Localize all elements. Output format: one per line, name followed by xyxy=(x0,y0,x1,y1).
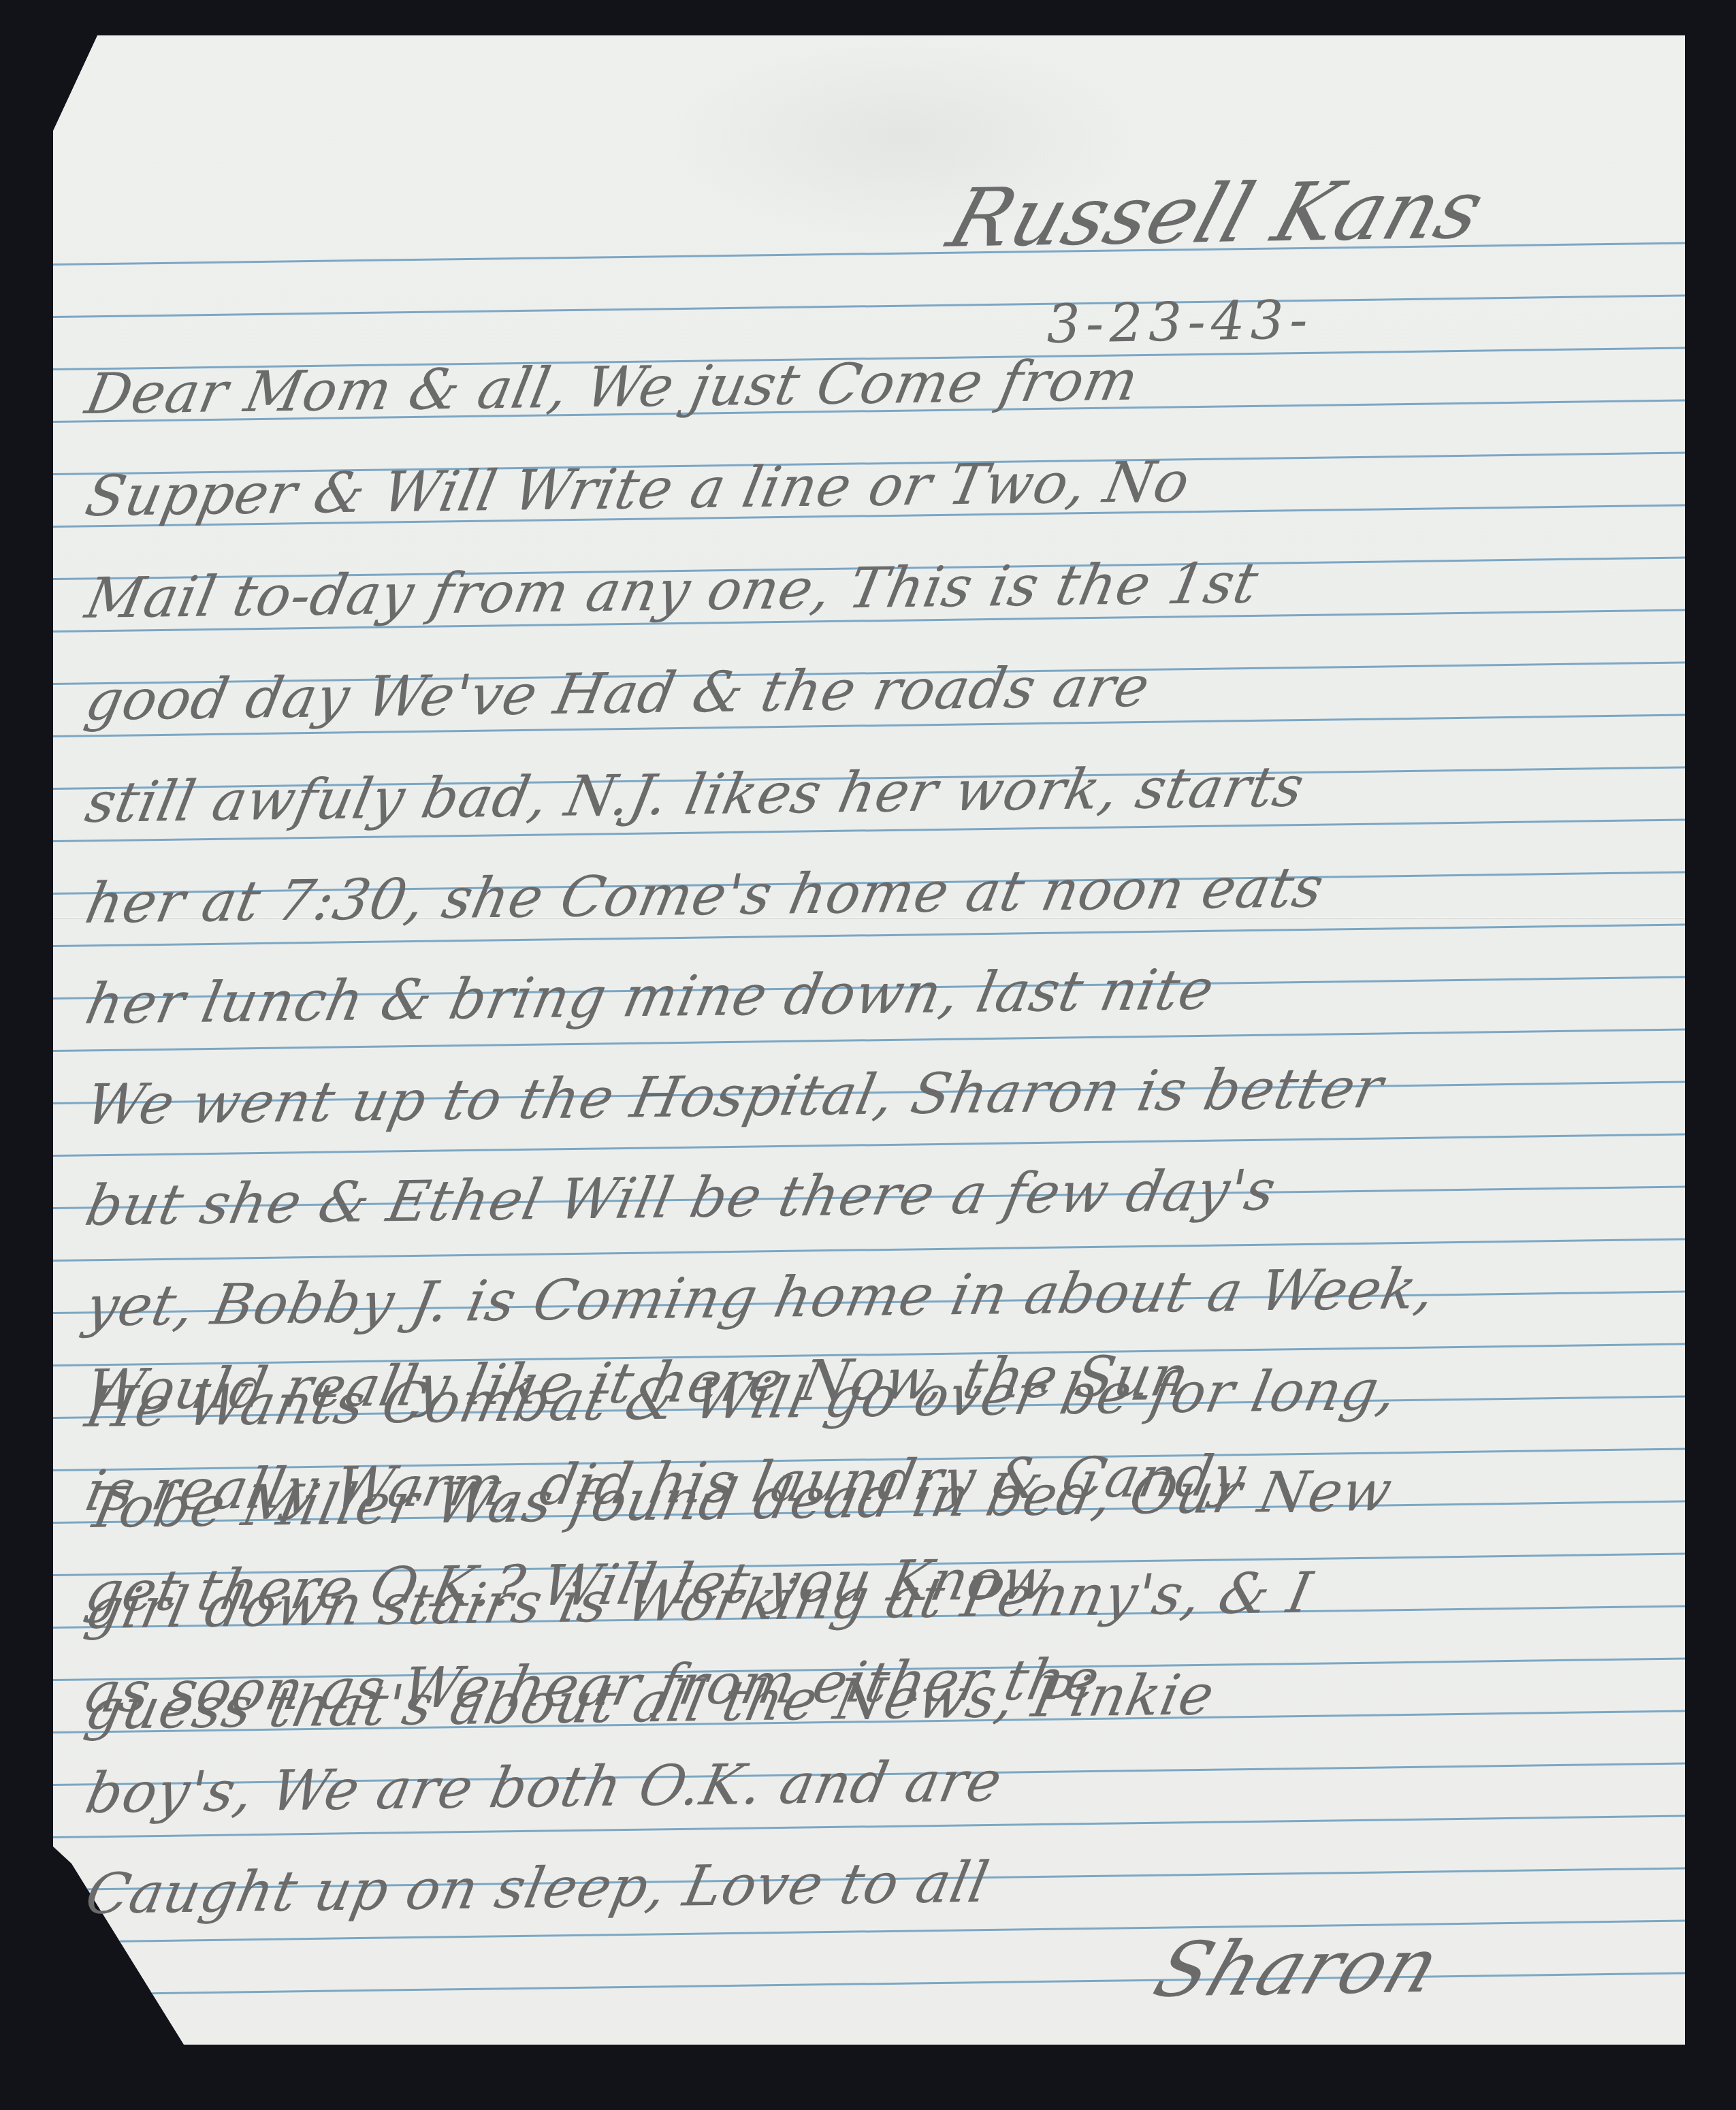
letter-line: her at 7:30, she Come's home at noon eat… xyxy=(80,855,1329,936)
rule-line xyxy=(53,1972,1685,1996)
letter-line: good day We've Had & the roads are xyxy=(80,654,1155,733)
letter-signature: Sharon xyxy=(1144,1921,1451,2014)
letter-line: Dear Mom & all, We just Come from xyxy=(80,349,1144,427)
rule-line xyxy=(53,294,1685,318)
letter-line: Supper & Will Write a line or Two, No xyxy=(80,450,1195,529)
letter-line: but she & Ethel Will be there a few day'… xyxy=(80,1158,1281,1238)
letter-date: 3-23-43- xyxy=(1046,289,1313,355)
letter-line: still awfuly bad, N.J. likes her work, s… xyxy=(80,754,1310,835)
letter-line: yet, Bobby J. is Coming home in about a … xyxy=(80,1257,1441,1339)
letter-page: Russell Kans 3-23-43- Dear Mom & all, We… xyxy=(53,35,1685,2045)
letter-line: get there O.K.? Will let you Know xyxy=(80,1547,1057,1625)
letter-line: as soon as We hear from either the xyxy=(80,1647,1106,1725)
rule-line xyxy=(53,1133,1685,1157)
letter-line: boy's, We are both O.K. and are xyxy=(80,1749,1008,1826)
letter-place: Russell Kans xyxy=(938,162,1495,266)
letter-line: Mail to-day from any one, This is the 1s… xyxy=(80,551,1264,631)
letter-line: We went up to the Hospital, Sharon is be… xyxy=(80,1056,1389,1138)
letter-line: her lunch & bring mine down, last nite xyxy=(80,957,1220,1037)
letter-line: Caught up on sleep, Love to all xyxy=(80,1850,995,1927)
